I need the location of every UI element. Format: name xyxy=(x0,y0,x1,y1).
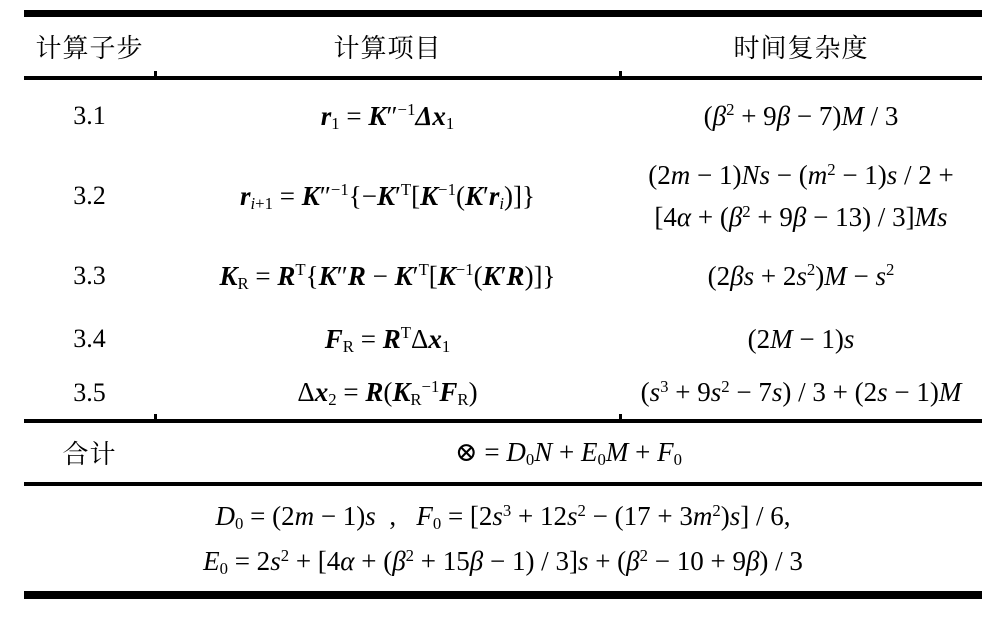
table-row: 3.4 FR = RTΔx1 (2M − 1)s xyxy=(24,312,982,366)
complexity-table-page: 计算子步 计算项目 时间复杂度 3.1 r1 = K″−1Δx1 (β2 + 9… xyxy=(0,0,1001,619)
item-formula: Δx2 = R(KR−1FR) xyxy=(297,377,477,408)
step-cell: 3.1 xyxy=(24,101,155,131)
note-line-2: E0 = 2s2 + [4α + (β2 + 15β − 1) / 3]s + … xyxy=(203,543,803,579)
complexity-table: 计算子步 计算项目 时间复杂度 3.1 r1 = K″−1Δx1 (β2 + 9… xyxy=(24,10,982,599)
note-line-1: D0 = (2m − 1)s , F0 = [2s3 + 12s2 − (17 … xyxy=(215,498,790,534)
item-formula: KR = RT{K″R − K′T[K−1(K′R)]} xyxy=(219,261,555,292)
total-separator-line xyxy=(24,419,982,423)
complexity-formula-line2: [4α + (β2 + 9β − 13) / 3]Ms xyxy=(654,196,947,238)
table-row: 3.5 Δx2 = R(KR−1FR) (s3 + 9s2 − 7s) / 3 … xyxy=(24,366,982,419)
column-divider-notch xyxy=(154,414,157,423)
table-row: 3.3 KR = RT{K″R − K′T[K−1(K′R)]} (2βs + … xyxy=(24,240,982,312)
step-cell: 3.2 xyxy=(24,181,155,211)
col-header-substep: 计算子步 xyxy=(24,28,155,65)
table-row: 3.1 r1 = K″−1Δx1 (β2 + 9β − 7)M / 3 xyxy=(24,80,982,152)
column-divider-notch xyxy=(619,71,622,80)
step-cell: 3.3 xyxy=(24,261,155,291)
table-header-row: 计算子步 计算项目 时间复杂度 xyxy=(24,17,982,76)
column-divider-notch xyxy=(619,414,622,423)
total-formula: ⊗ = D0N + E0M + F0 xyxy=(455,437,682,468)
complexity-formula: (2M − 1)s xyxy=(748,324,855,355)
total-row: 合计 ⊗ = D0N + E0M + F0 xyxy=(24,423,982,482)
notes-separator-line xyxy=(24,482,982,486)
complexity-formula: (β2 + 9β − 7)M / 3 xyxy=(704,101,899,132)
step-cell: 3.5 xyxy=(24,378,155,408)
notes-section: D0 = (2m − 1)s , F0 = [2s3 + 12s2 − (17 … xyxy=(24,486,982,591)
col-header-item: 计算项目 xyxy=(155,28,620,65)
complexity-formula-line1: (2m − 1)Ns − (m2 − 1)s / 2 + xyxy=(648,154,954,196)
total-label: 合计 xyxy=(24,434,155,471)
complexity-formula: (s3 + 9s2 − 7s) / 3 + (2s − 1)M xyxy=(641,377,962,408)
header-separator-line xyxy=(24,76,982,80)
table-top-border xyxy=(24,10,982,17)
table-bottom-border xyxy=(24,591,982,599)
table-row: 3.2 ri+1 = K″−1{−K′T[K−1(K′ri)]} (2m − 1… xyxy=(24,152,982,240)
column-divider-notch xyxy=(154,71,157,80)
item-formula: r1 = K″−1Δx1 xyxy=(321,101,455,132)
step-cell: 3.4 xyxy=(24,324,155,354)
complexity-formula: (2βs + 2s2)M − s2 xyxy=(708,261,895,292)
col-header-complexity: 时间复杂度 xyxy=(620,28,982,65)
item-formula: FR = RTΔx1 xyxy=(325,324,450,355)
item-formula: ri+1 = K″−1{−K′T[K−1(K′ri)]} xyxy=(240,181,535,212)
